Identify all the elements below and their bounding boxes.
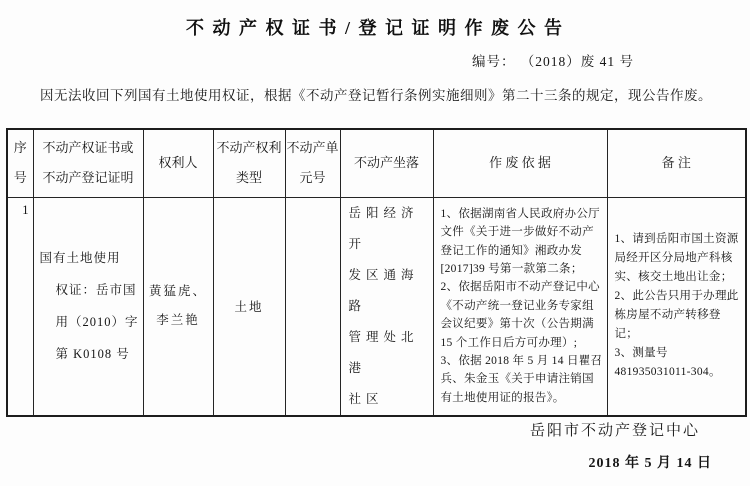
doc-number: 编号：（2018）废 41 号 xyxy=(472,50,634,70)
basis-item: 3、依据 2018 年 5 月 14 日瞿召兵、朱金玉《关于申请注销国有土地使用… xyxy=(441,352,603,407)
doc-number-label: 编号： xyxy=(472,54,516,69)
intro-paragraph: 因无法收回下列国有土地使用权证，根据《不动产登记暂行条例实施细则》第二十三条的规… xyxy=(40,84,724,104)
cell-location: 岳阳经济开 发区通海路 管理处北港 社区 xyxy=(340,197,433,416)
basis-item: 2、依据岳阳市不动产登记中心《不动产统一登记业务专家组会议纪要》第十次（公告期满… xyxy=(441,278,603,352)
basis-item: 1、依据湖南省人民政府办公厅文件《关于进一步做好不动产登记工作的通知》湘政办发[… xyxy=(441,205,603,279)
header-location: 不动产坐落 xyxy=(340,129,433,197)
issuing-authority: 岳阳市不动产登记中心 xyxy=(530,419,700,440)
header-unit-no: 不动产单 元号 xyxy=(285,129,340,197)
page-title: 不 动 产 权 证 书 / 登 记 证 明 作 废 公 告 xyxy=(0,14,750,40)
header-seq: 序 号 xyxy=(7,129,33,197)
invalidation-table: 序 号 不动产权证书或 不动产登记证明 权利人 不动产权利 类型 不动产单 元号 xyxy=(6,128,747,417)
remark-item: 1、请到岳阳市国土资源局经开区分局地产科核实、核交土地出让金； xyxy=(615,230,742,287)
header-remark: 备 注 xyxy=(607,129,746,197)
cell-remark: 1、请到岳阳市国土资源局经开区分局地产科核实、核交土地出让金； 2、此公告只用于… xyxy=(607,197,746,416)
notice-document: 不 动 产 权 证 书 / 登 记 证 明 作 废 公 告 编号：（2018）废… xyxy=(0,0,750,486)
cell-holder: 黄猛虎、 李兰艳 xyxy=(143,197,213,416)
remark-item: 2、此公告只用于办理此栋房屋不动产转移登记； xyxy=(615,287,742,344)
header-right-type: 不动产权利 类型 xyxy=(213,129,285,197)
cell-seq: 1 xyxy=(7,197,33,416)
cell-basis: 1、依据湖南省人民政府办公厅文件《关于进一步做好不动产登记工作的通知》湘政办发[… xyxy=(433,197,607,416)
cell-right-type: 土地 xyxy=(213,197,285,416)
issue-date: 2018 年 5 月 14 日 xyxy=(589,452,713,472)
cell-certificate: 国有土地使用 权证：岳市国 用（2010）字 第 K0108 号 xyxy=(33,197,143,416)
cell-unit-no xyxy=(285,197,340,416)
header-holder: 权利人 xyxy=(143,129,213,197)
remark-item: 3、测量号 481935031011-304。 xyxy=(615,344,742,382)
header-basis: 作 废 依 据 xyxy=(433,129,607,197)
table-row: 1 国有土地使用 权证：岳市国 用（2010）字 第 K0108 号 黄猛虎、 … xyxy=(7,197,746,416)
header-certificate: 不动产权证书或 不动产登记证明 xyxy=(33,129,143,197)
doc-number-value: （2018）废 41 号 xyxy=(528,54,635,69)
table-header-row: 序 号 不动产权证书或 不动产登记证明 权利人 不动产权利 类型 不动产单 元号 xyxy=(7,129,746,197)
